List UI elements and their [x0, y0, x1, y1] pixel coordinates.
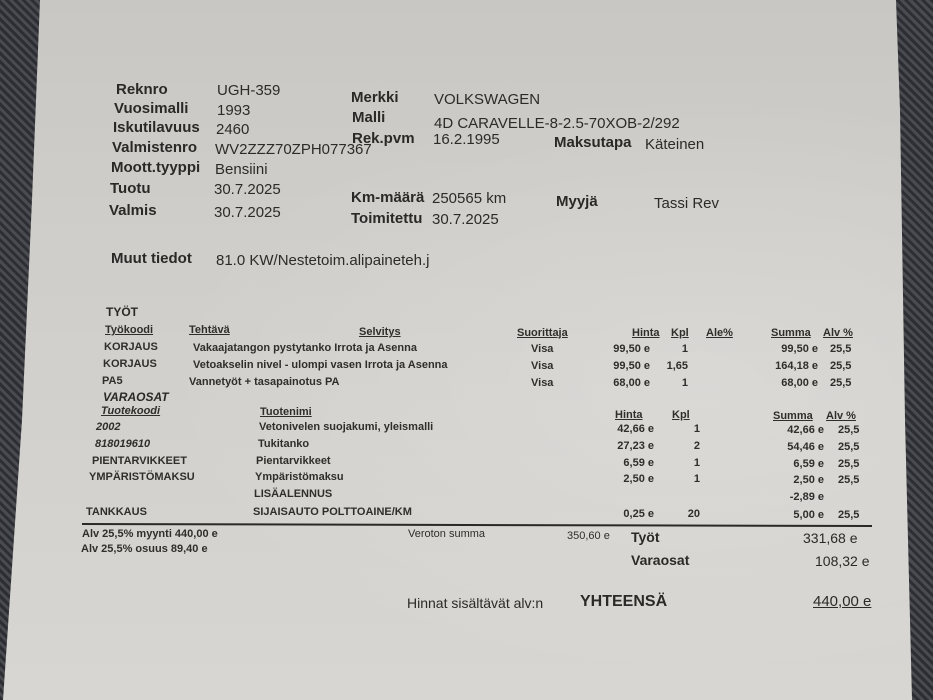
part-code: PIENTARVIKKEET	[92, 455, 187, 467]
varaosat-total-label: Varaosat	[631, 552, 689, 568]
malli-value: 4D CARAVELLE-8-2.5-70XOB-2/292	[434, 115, 680, 132]
part-unit-price: 6,59 e	[590, 457, 654, 469]
part-vat-percent: 25,5	[838, 474, 859, 486]
unit-price: 99,50 e	[580, 343, 650, 355]
part-line-total: 5,00 e	[762, 509, 824, 521]
hinta-header: Hinta	[632, 327, 660, 339]
part-quantity: 2	[670, 440, 700, 452]
part-quantity: 20	[670, 508, 700, 520]
work-description: Vannetyöt + tasapainotus PA	[189, 376, 339, 388]
tyokoodi-header: Työkoodi	[105, 324, 153, 336]
maksutapa-value: Käteinen	[645, 136, 704, 153]
tyot-total-label: Työt	[631, 529, 660, 545]
line-total: 99,50 e	[760, 343, 818, 355]
merkki-label: Merkki	[351, 89, 399, 106]
summa-header-parts: Summa	[773, 410, 813, 422]
part-vat-percent: 25,5	[838, 424, 859, 436]
muut-tiedot-label: Muut tiedot	[111, 250, 192, 267]
part-code: YMPÄRISTÖMAKSU	[89, 471, 195, 483]
iskutilavuus-value: 2460	[216, 121, 249, 138]
vat-percent: 25,5	[830, 343, 851, 355]
part-quantity: 1	[670, 457, 700, 469]
vat-percent: 25,5	[830, 360, 851, 372]
tehtava-header: Tehtävä	[189, 324, 230, 336]
part-unit-price: 2,50 e	[590, 473, 654, 485]
yhteensa-value: 440,00 e	[813, 593, 871, 610]
part-code: 818019610	[95, 438, 150, 450]
work-description: Vakaajatangon pystytanko Irrota ja Asenn…	[193, 342, 417, 354]
tuotenimi-header: Tuotenimi	[260, 406, 312, 418]
varaosat-title: VARAOSAT	[103, 390, 169, 404]
tuotu-value: 30.7.2025	[214, 181, 281, 198]
work-description: Vetoakselin nivel - ulompi vasen Irrota …	[193, 359, 448, 371]
moottyyppi-label: Moott.tyyppi	[111, 159, 200, 176]
line-total: 68,00 e	[760, 377, 818, 389]
suorittaja-header: Suorittaja	[517, 327, 568, 339]
reknro-label: Reknro	[116, 81, 168, 98]
tuotu-label: Tuotu	[110, 180, 151, 197]
valmis-value: 30.7.2025	[214, 204, 281, 221]
kmmaara-label: Km-määrä	[351, 189, 424, 206]
part-unit-price: 27,23 e	[590, 440, 654, 452]
myyja-label: Myyjä	[556, 193, 598, 210]
part-name: SIJAISAUTO POLTTOAINE/KM	[253, 506, 412, 518]
kpl-header: Kpl	[671, 327, 689, 339]
tyot-total-value: 331,68 e	[803, 530, 858, 546]
hinnat-note: Hinnat sisältävät alv:n	[407, 595, 543, 611]
part-name: Ympäristömaksu	[255, 471, 344, 483]
reknro-value: UGH-359	[217, 82, 280, 99]
kpl-header-parts: Kpl	[672, 409, 690, 421]
tyot-title: TYÖT	[106, 305, 138, 319]
part-quantity: 1	[670, 473, 700, 485]
quantity: 1,65	[660, 360, 688, 372]
vat-percent: 25,5	[830, 377, 851, 389]
part-name: LISÄALENNUS	[254, 488, 332, 500]
vuosimalli-value: 1993	[217, 102, 250, 119]
performer: Visa	[531, 377, 553, 389]
veroton-label: Veroton summa	[408, 528, 485, 540]
part-line-total: 6,59 e	[762, 458, 824, 470]
malli-label: Malli	[352, 109, 385, 126]
part-name: Tukitanko	[258, 438, 309, 450]
part-vat-percent: 25,5	[838, 509, 859, 521]
tuotekoodi-header: Tuotekoodi	[101, 405, 160, 417]
part-line-total: -2,89 e	[762, 491, 824, 503]
alv-header: Alv %	[823, 327, 853, 339]
part-name: Vetonivelen suojakumi, yleismalli	[259, 421, 433, 433]
maksutapa-label: Maksutapa	[554, 134, 632, 151]
performer: Visa	[531, 343, 553, 355]
part-code: 2002	[96, 421, 120, 433]
part-quantity: 1	[670, 423, 700, 435]
work-code: KORJAUS	[103, 358, 157, 370]
line-total: 164,18 e	[760, 360, 818, 372]
iskutilavuus-label: Iskutilavuus	[113, 119, 200, 136]
muut-tiedot-value: 81.0 KW/Nestetoim.alipaineteh.j	[216, 252, 429, 269]
part-vat-percent: 25,5	[838, 441, 859, 453]
ale-header: Ale%	[706, 327, 733, 339]
part-line-total: 2,50 e	[762, 474, 824, 486]
part-unit-price: 0,25 e	[590, 508, 654, 520]
part-line-total: 42,66 e	[762, 424, 824, 436]
quantity: 1	[660, 377, 688, 389]
yhteensa-label: YHTEENSÄ	[580, 593, 667, 611]
kmmaara-value: 250565 km	[432, 190, 506, 207]
work-code: KORJAUS	[104, 341, 158, 353]
unit-price: 68,00 e	[580, 377, 650, 389]
quantity: 1	[660, 343, 688, 355]
part-code: TANKKAUS	[86, 506, 147, 518]
valmistenro-value: WV2ZZZ70ZPH077367	[215, 141, 372, 158]
alv-myynti: Alv 25,5% myynti 440,00 e	[82, 528, 218, 540]
veroton-value: 350,60 e	[567, 530, 610, 542]
myyja-value: Tassi Rev	[654, 195, 719, 212]
performer: Visa	[531, 360, 553, 372]
hinta-header-parts: Hinta	[615, 409, 643, 421]
alv-header-parts: Alv %	[826, 410, 856, 422]
selvitys-header: Selvitys	[359, 326, 401, 338]
toimitettu-label: Toimitettu	[351, 210, 422, 227]
varaosat-total-value: 108,32 e	[815, 553, 870, 569]
valmis-label: Valmis	[109, 202, 157, 219]
valmistenro-label: Valmistenro	[112, 139, 197, 156]
moottyyppi-value: Bensiini	[215, 161, 268, 178]
part-vat-percent: 25,5	[838, 458, 859, 470]
rekpvm-value: 16.2.1995	[433, 131, 500, 148]
work-code: PA5	[102, 375, 123, 387]
part-unit-price: 42,66 e	[590, 423, 654, 435]
summa-header: Summa	[771, 327, 811, 339]
rekpvm-label: Rek.pvm	[352, 130, 415, 147]
part-line-total: 54,46 e	[762, 441, 824, 453]
merkki-value: VOLKSWAGEN	[434, 91, 540, 108]
part-name: Pientarvikkeet	[256, 455, 331, 467]
toimitettu-value: 30.7.2025	[432, 211, 499, 228]
alv-osuus: Alv 25,5% osuus 89,40 e	[81, 543, 208, 555]
unit-price: 99,50 e	[580, 360, 650, 372]
vuosimalli-label: Vuosimalli	[114, 100, 188, 117]
